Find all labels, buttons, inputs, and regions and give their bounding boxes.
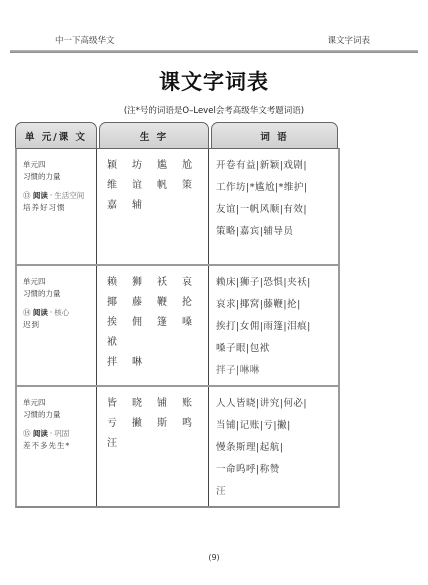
lesson-number: ⑬ [23, 191, 31, 200]
char: 赖 [107, 276, 132, 289]
char: 狮 [132, 276, 157, 289]
table-header: 单 元/课 文 生 字 词 语 [55, 122, 334, 148]
table-row: 单元四 习惯的力量 ⑭ 阅读·核心 迟到 赖 狮 袄 哀 揶 藤 鞭 抡 [17, 266, 338, 387]
char: 篷 [157, 316, 182, 329]
chars-cell: 赖 狮 袄 哀 揶 藤 鞭 抡 挨 佣 篷 嗓 袱 · · · 拌 [97, 266, 209, 385]
column-header-chars: 生 字 [99, 122, 209, 148]
table-row: 单元四 习惯的力量 ⑬ 阅读·生活空间 培养好习惯 颖 坊 尴 尬 维 谊 帆 … [17, 149, 338, 266]
words-cell: 赖床|狮子|恐惧|夹袄| 哀求|揶窝|藤鞭|抡| 挨打|女佣|雨篷|泪痕| 嗓子… [209, 266, 338, 385]
char: 袄 [157, 276, 182, 289]
lesson-type: 核心 [54, 308, 69, 317]
unit-title: 习惯的力量 [23, 171, 96, 183]
separator: · [50, 308, 52, 317]
char: 亏 [107, 417, 132, 430]
lesson-number: ⑮ [23, 429, 31, 438]
lesson-label: ⑮ 阅读·巩固 差不多先生* [23, 428, 96, 452]
lesson-type: 巩固 [54, 429, 69, 438]
unit-label: 单元四 [23, 276, 96, 288]
table-body: 单元四 习惯的力量 ⑬ 阅读·生活空间 培养好习惯 颖 坊 尴 尬 维 谊 帆 … [15, 148, 340, 508]
word-line: 工作坊|*尴尬|*维护| [216, 181, 338, 194]
word-line: 当铺|记账|亏|撇| [216, 419, 338, 432]
char: 颖 [107, 159, 132, 172]
word-line: 友谊|一帆风顺|有效| [216, 203, 338, 216]
char: 晓 [132, 397, 157, 410]
word-line: 人人皆晓|讲究|何必| [216, 397, 338, 410]
lesson-tag: 阅读 [33, 191, 48, 200]
char: 揶 [107, 296, 132, 309]
unit-title: 习惯的力量 [23, 288, 96, 300]
char: 维 [107, 179, 132, 192]
char: 撇 [132, 417, 157, 430]
unit-label: 单元四 [23, 397, 96, 409]
char: 汪 [107, 437, 132, 450]
char: 皆 [107, 397, 132, 410]
lesson-title: 培养好习惯 [23, 202, 96, 214]
lesson-tag: 阅读 [33, 308, 48, 317]
char: 尴 [157, 159, 182, 172]
table-row: 单元四 习惯的力量 ⑮ 阅读·巩固 差不多先生* 皆 晓 铺 账 亏 撇 斯 鸣 [17, 387, 338, 506]
lesson-title: 差不多先生* [23, 440, 96, 452]
word-line: 策略|嘉宾|辅导员 [216, 225, 338, 238]
chars-cell: 皆 晓 铺 账 亏 撇 斯 鸣 汪 [97, 387, 209, 506]
char: 嘉 [107, 199, 132, 212]
char: 拌 [107, 356, 132, 369]
column-header-unit: 单 元/课 文 [15, 122, 97, 148]
char: 啉 [132, 356, 157, 369]
char: 藤 [132, 296, 157, 309]
vocab-table: 单 元/课 文 生 字 词 语 单元四 习惯的力量 ⑬ 阅读·生活空间 培养好习… [55, 122, 334, 148]
note: (注*号的词语是O–Level会考高级华文考题词语) [0, 104, 428, 116]
unit-title: 习惯的力量 [23, 409, 96, 421]
column-header-words: 词 语 [211, 122, 338, 148]
char: 尬 [182, 159, 207, 172]
char: 抡 [182, 296, 207, 309]
lesson-label: ⑭ 阅读·核心 迟到 [23, 307, 96, 331]
char: 鸣 [182, 417, 207, 430]
chars-cell: 颖 坊 尴 尬 维 谊 帆 策 嘉 辅 [97, 149, 209, 264]
page-title: 课文字词表 [0, 66, 428, 96]
word-line: 赖床|狮子|恐惧|夹袄| [216, 276, 338, 289]
char: 挨 [107, 316, 132, 329]
book-title: 中一下高级华文 [55, 34, 115, 46]
lesson-tag: 阅读 [33, 429, 48, 438]
char: 铺 [157, 397, 182, 410]
word-line: 开卷有益|新颖|戏剧| [216, 159, 338, 172]
unit-cell: 单元四 习惯的力量 ⑭ 阅读·核心 迟到 [17, 266, 97, 385]
word-line: 挨打|女佣|雨篷|泪痕| [216, 320, 338, 333]
page-number: (9) [0, 553, 428, 562]
char: 鞭 [157, 296, 182, 309]
char: 账 [182, 397, 207, 410]
section-title: 课文字词表 [327, 34, 370, 46]
char: 哀 [182, 276, 207, 289]
word-line: 拌子|啉啉 [216, 364, 338, 377]
char: 谊 [132, 179, 157, 192]
char: 斯 [157, 417, 182, 430]
lesson-label: ⑬ 阅读·生活空间 培养好习惯 [23, 190, 96, 214]
lesson-number: ⑭ [23, 308, 31, 317]
char: 辅 [132, 199, 157, 212]
char: 嗓 [182, 316, 207, 329]
char: 袱 [107, 336, 132, 349]
separator: · [50, 191, 52, 200]
running-header: 中一下高级华文 课文字词表 [10, 34, 418, 48]
unit-cell: 单元四 习惯的力量 ⑬ 阅读·生活空间 培养好习惯 [17, 149, 97, 264]
words-cell: 开卷有益|新颖|戏剧| 工作坊|*尴尬|*维护| 友谊|一帆风顺|有效| 策略|… [209, 149, 338, 264]
char: 坊 [132, 159, 157, 172]
word-line: 一命呜呼|称赞 [216, 463, 338, 476]
header-rule [10, 50, 418, 53]
word-line: 慢条斯理|起航| [216, 441, 338, 454]
char: 策 [182, 179, 207, 192]
word-line: 汪 [216, 485, 338, 498]
unit-cell: 单元四 习惯的力量 ⑮ 阅读·巩固 差不多先生* [17, 387, 97, 506]
char: 帆 [157, 179, 182, 192]
lesson-type: 生活空间 [54, 191, 84, 200]
word-line: 嗓子眼|包袱 [216, 342, 338, 355]
separator: · [50, 429, 52, 438]
word-line: 哀求|揶窝|藤鞭|抡| [216, 298, 338, 311]
unit-label: 单元四 [23, 159, 96, 171]
lesson-title: 迟到 [23, 319, 96, 331]
words-cell: 人人皆晓|讲究|何必| 当铺|记账|亏|撇| 慢条斯理|起航| 一命呜呼|称赞 … [209, 387, 338, 506]
char: 佣 [132, 316, 157, 329]
